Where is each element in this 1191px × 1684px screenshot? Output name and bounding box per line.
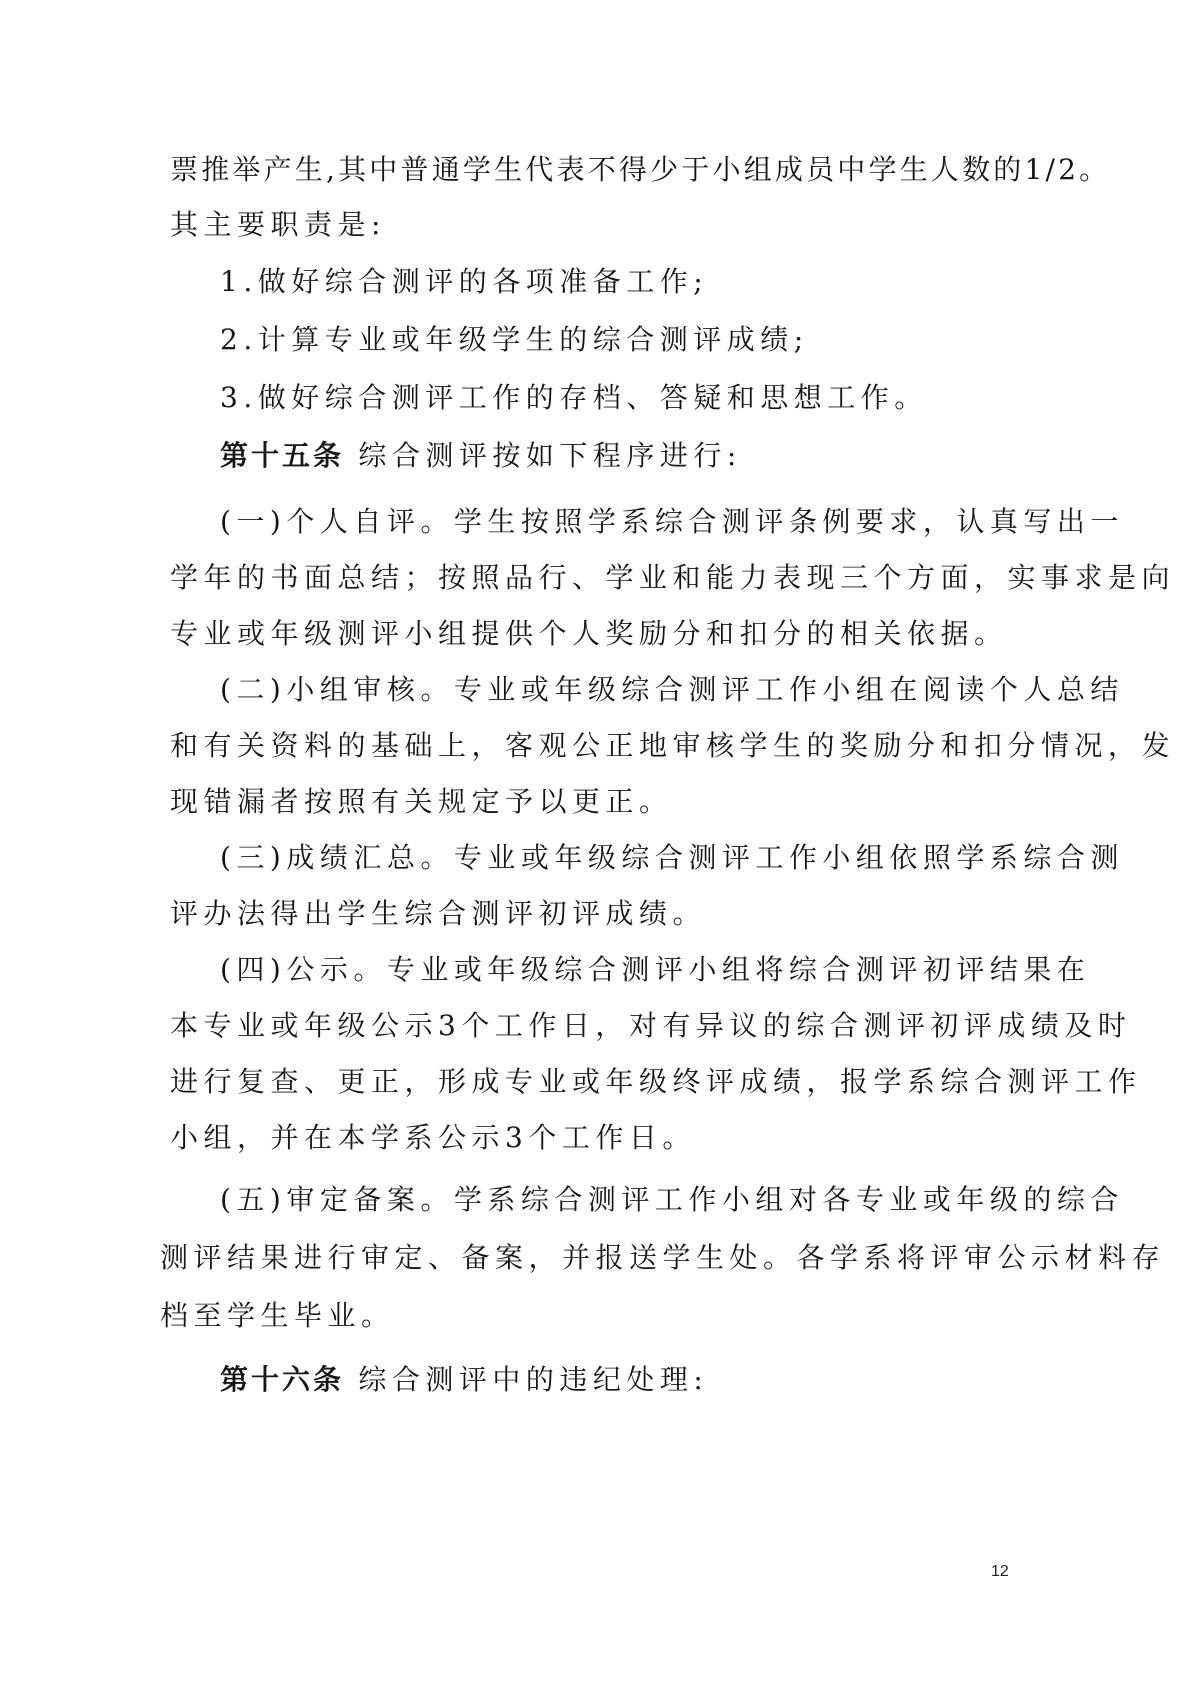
article-text: 综合测评中的违纪处理: (358, 1363, 708, 1396)
paragraph-line: 和有关资料的基础上，客观公正地审核学生的奖励分和扣分情况，发 (170, 726, 1175, 766)
paragraph-line: 票推举产生,其中普通学生代表不得少于小组成员中学生人数的1/2。 (170, 150, 1110, 190)
list-item-2: 2.计算专业或年级学生的综合测评成绩; (220, 320, 809, 360)
paragraph-line: 现错漏者按照有关规定予以更正。 (170, 782, 673, 822)
article-heading: 第十六条 (220, 1363, 344, 1396)
paragraph-line: 档至学生毕业。 (160, 1296, 395, 1336)
paragraph-line: 进行复查、更正，形成专业或年级终评成绩，报学系综合测评工作 (170, 1062, 1142, 1102)
paragraph-line: 评办法得出学生综合测评初评成绩。 (170, 894, 706, 934)
paragraph-line: (一)个人自评。学生按照学系综合测评条例要求，认真写出一 (220, 502, 1124, 542)
list-item-3: 3.做好综合测评工作的存档、答疑和思想工作。 (220, 378, 928, 418)
paragraph-line: 小组，并在本学系公示3个工作日。 (170, 1118, 696, 1158)
paragraph-line: (五)审定备案。学系综合测评工作小组对各专业或年级的综合 (220, 1180, 1124, 1220)
paragraph-line: (三)成绩汇总。专业或年级综合测评工作小组依照学系综合测 (220, 838, 1124, 878)
article-15: 第十五条 综合测评按如下程序进行: (220, 436, 742, 476)
page-number: 12 (991, 1562, 1009, 1582)
paragraph-line: (四)公示。专业或年级综合测评小组将综合测评初评结果在 (220, 950, 1090, 990)
paragraph-line: 专业或年级测评小组提供个人奖励分和扣分的相关依据。 (170, 614, 1008, 654)
article-heading: 第十五条 (220, 439, 344, 472)
article-text: 综合测评按如下程序进行: (358, 439, 741, 472)
paragraph-line: 其主要职责是: (170, 205, 386, 245)
article-16: 第十六条 综合测评中的违纪处理: (220, 1360, 708, 1400)
paragraph-line: 本专业或年级公示3个工作日，对有异议的综合测评初评成绩及时 (170, 1006, 1131, 1046)
paragraph-line: 测评结果进行审定、备案，并报送学生处。各学系将评审公示材料存 (160, 1238, 1165, 1278)
list-item-1: 1.做好综合测评的各项准备工作; (220, 262, 708, 302)
document-page: 票推举产生,其中普通学生代表不得少于小组成员中学生人数的1/2。 其主要职责是:… (0, 0, 1191, 1684)
paragraph-line: (二)小组审核。专业或年级综合测评工作小组在阅读个人总结 (220, 670, 1124, 710)
paragraph-line: 学年的书面总结；按照品行、学业和能力表现三个方面，实事求是向 (170, 558, 1175, 598)
